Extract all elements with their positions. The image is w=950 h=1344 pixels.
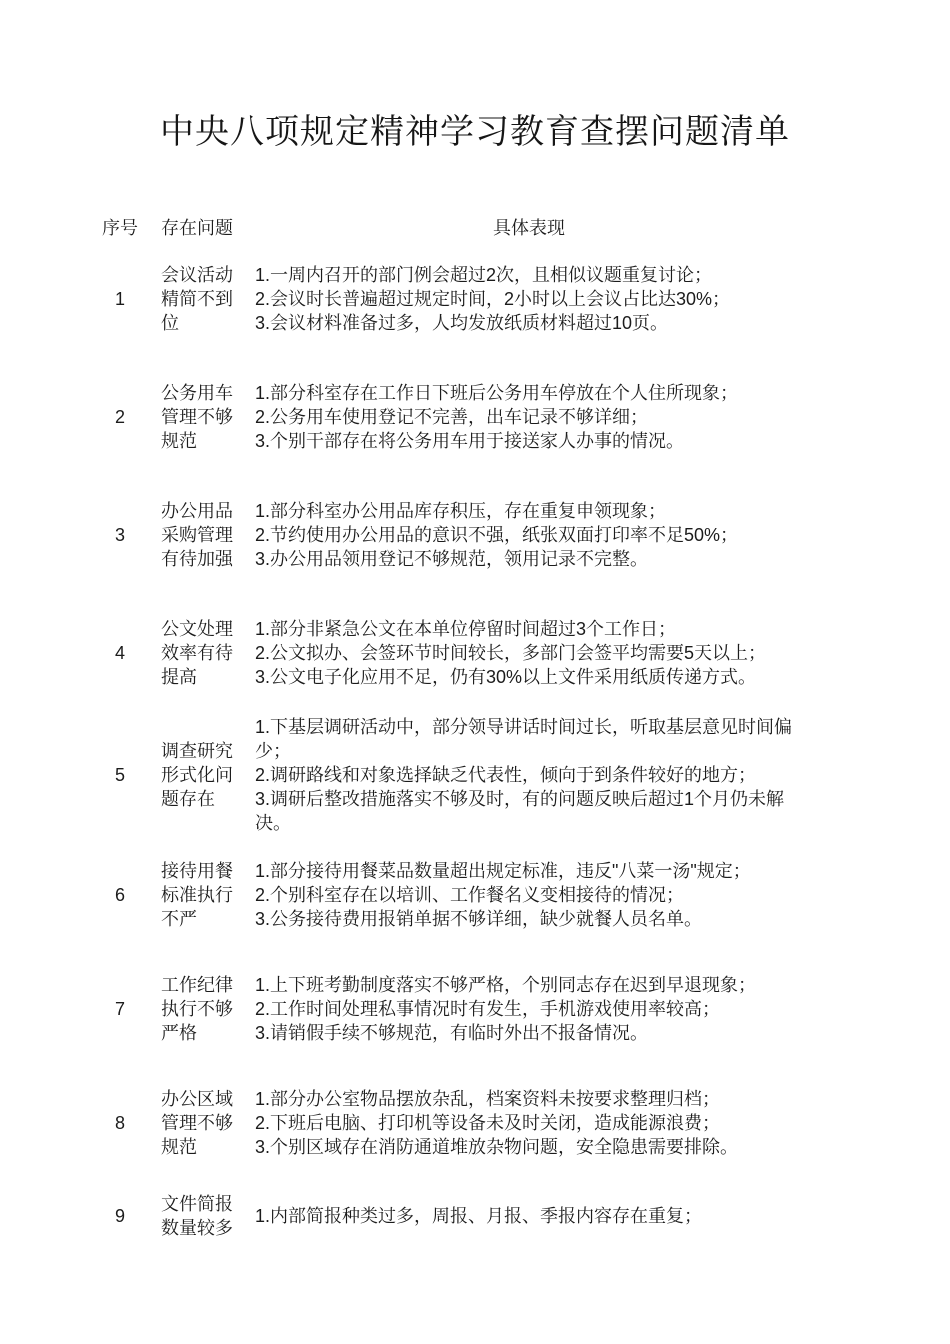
detail-item: 3.个别区域存在消防通道堆放杂物问题，安全隐患需要排除。 xyxy=(255,1135,803,1159)
row-details: 1.部分科室存在工作日下班后公务用车停放在个人住所现象； 2.公务用车使用登记不… xyxy=(255,381,803,453)
detail-item: 3.公务接待费用报销单据不够详细，缺少就餐人员名单。 xyxy=(255,907,803,931)
row-index: 2 xyxy=(100,405,140,429)
detail-item: 1.部分非紧急公文在本单位停留时间超过3个工作日； xyxy=(255,617,803,641)
row-problem: 工作纪律执行不够严格 xyxy=(140,973,255,1045)
detail-item: 1.部分接待用餐菜品数量超出规定标准，违反"八菜一汤"规定； xyxy=(255,859,803,883)
detail-item: 3.请销假手续不够规范，有临时外出不报备情况。 xyxy=(255,1021,803,1045)
row-details: 1.部分接待用餐菜品数量超出规定标准，违反"八菜一汤"规定； 2.个别科室存在以… xyxy=(255,859,803,931)
detail-item: 3.调研后整改措施落实不够及时，有的问题反映后超过1个月仍未解决。 xyxy=(255,787,803,835)
row-problem: 办公区域管理不够规范 xyxy=(140,1087,255,1159)
table-row: 1 会议活动精简不到位 1.一周内召开的部门例会超过2次，且相似议题重复讨论； … xyxy=(100,240,803,358)
detail-item: 2.调研路线和对象选择缺乏代表性，倾向于到条件较好的地方； xyxy=(255,763,803,787)
table-row: 5 调查研究形式化问题存在 1.下基层调研活动中，部分领导讲话时间过长，听取基层… xyxy=(100,712,803,838)
detail-item: 1.下基层调研活动中，部分领导讲话时间过长，听取基层意见时间偏少； xyxy=(255,715,803,763)
row-details: 1.部分办公室物品摆放杂乱，档案资料未按要求整理归档； 2.下班后电脑、打印机等… xyxy=(255,1087,803,1159)
table-row: 6 接待用餐标准执行不严 1.部分接待用餐菜品数量超出规定标准，违反"八菜一汤"… xyxy=(100,838,803,952)
detail-item: 2.公务用车使用登记不完善，出车记录不够详细； xyxy=(255,405,803,429)
row-problem: 公务用车管理不够规范 xyxy=(140,381,255,453)
detail-item: 3.个别干部存在将公务用车用于接送家人办事的情况。 xyxy=(255,429,803,453)
row-problem: 文件简报数量较多 xyxy=(140,1192,255,1240)
row-index: 7 xyxy=(100,997,140,1021)
detail-item: 1.部分科室存在工作日下班后公务用车停放在个人住所现象； xyxy=(255,381,803,405)
detail-item: 2.下班后电脑、打印机等设备未及时关闭，造成能源浪费； xyxy=(255,1111,803,1135)
row-index: 1 xyxy=(100,287,140,311)
row-problem: 接待用餐标准执行不严 xyxy=(140,859,255,931)
detail-item: 3.会议材料准备过多，人均发放纸质材料超过10页。 xyxy=(255,311,803,335)
row-details: 1.内部简报种类过多，周报、月报、季报内容存在重复； xyxy=(255,1204,803,1228)
detail-item: 1.部分科室办公用品库存积压，存在重复申领现象； xyxy=(255,499,803,523)
detail-item: 2.会议时长普遍超过规定时间，2小时以上会议占比达30%； xyxy=(255,287,803,311)
row-index: 4 xyxy=(100,641,140,665)
row-index: 6 xyxy=(100,883,140,907)
row-index: 9 xyxy=(100,1204,140,1228)
problems-table: 序号 存在问题 具体表现 1 会议活动精简不到位 1.一周内召开的部门例会超过2… xyxy=(100,216,803,1260)
row-details: 1.上下班考勤制度落实不够严格，个别同志存在迟到早退现象； 2.工作时间处理私事… xyxy=(255,973,803,1045)
row-index: 3 xyxy=(100,523,140,547)
header-index: 序号 xyxy=(100,216,140,240)
row-problem: 调查研究形式化问题存在 xyxy=(140,739,255,811)
detail-item: 1.一周内召开的部门例会超过2次，且相似议题重复讨论； xyxy=(255,263,803,287)
table-row: 8 办公区域管理不够规范 1.部分办公室物品摆放杂乱，档案资料未按要求整理归档；… xyxy=(100,1066,803,1180)
table-header: 序号 存在问题 具体表现 xyxy=(100,216,803,240)
row-details: 1.下基层调研活动中，部分领导讲话时间过长，听取基层意见时间偏少； 2.调研路线… xyxy=(255,715,803,835)
detail-item: 2.节约使用办公用品的意识不强，纸张双面打印率不足50%； xyxy=(255,523,803,547)
row-problem: 会议活动精简不到位 xyxy=(140,263,255,335)
detail-item: 1.部分办公室物品摆放杂乱，档案资料未按要求整理归档； xyxy=(255,1087,803,1111)
row-problem: 办公用品采购管理有待加强 xyxy=(140,499,255,571)
header-detail: 具体表现 xyxy=(255,216,803,240)
row-details: 1.一周内召开的部门例会超过2次，且相似议题重复讨论； 2.会议时长普遍超过规定… xyxy=(255,263,803,335)
table-row: 4 公文处理效率有待提高 1.部分非紧急公文在本单位停留时间超过3个工作日； 2… xyxy=(100,594,803,712)
detail-item: 2.公文拟办、会签环节时间较长，多部门会签平均需要5天以上； xyxy=(255,641,803,665)
table-row: 7 工作纪律执行不够严格 1.上下班考勤制度落实不够严格，个别同志存在迟到早退现… xyxy=(100,952,803,1066)
row-problem: 公文处理效率有待提高 xyxy=(140,617,255,689)
table-row: 9 文件简报数量较多 1.内部简报种类过多，周报、月报、季报内容存在重复； xyxy=(100,1180,803,1260)
detail-item: 3.公文电子化应用不足，仍有30%以上文件采用纸质传递方式。 xyxy=(255,665,803,689)
table-row: 3 办公用品采购管理有待加强 1.部分科室办公用品库存积压，存在重复申领现象； … xyxy=(100,476,803,594)
detail-item: 3.办公用品领用登记不够规范，领用记录不完整。 xyxy=(255,547,803,571)
page-title: 中央八项规定精神学习教育查摆问题清单 xyxy=(0,108,950,156)
table-row: 2 公务用车管理不够规范 1.部分科室存在工作日下班后公务用车停放在个人住所现象… xyxy=(100,358,803,476)
header-problem: 存在问题 xyxy=(140,216,255,240)
detail-item: 1.内部简报种类过多，周报、月报、季报内容存在重复； xyxy=(255,1204,803,1228)
row-details: 1.部分非紧急公文在本单位停留时间超过3个工作日； 2.公文拟办、会签环节时间较… xyxy=(255,617,803,689)
document-page: 中央八项规定精神学习教育查摆问题清单 序号 存在问题 具体表现 1 会议活动精简… xyxy=(0,0,950,1344)
row-index: 8 xyxy=(100,1111,140,1135)
row-index: 5 xyxy=(100,763,140,787)
row-details: 1.部分科室办公用品库存积压，存在重复申领现象； 2.节约使用办公用品的意识不强… xyxy=(255,499,803,571)
detail-item: 2.工作时间处理私事情况时有发生，手机游戏使用率较高； xyxy=(255,997,803,1021)
detail-item: 2.个别科室存在以培训、工作餐名义变相接待的情况； xyxy=(255,883,803,907)
detail-item: 1.上下班考勤制度落实不够严格，个别同志存在迟到早退现象； xyxy=(255,973,803,997)
